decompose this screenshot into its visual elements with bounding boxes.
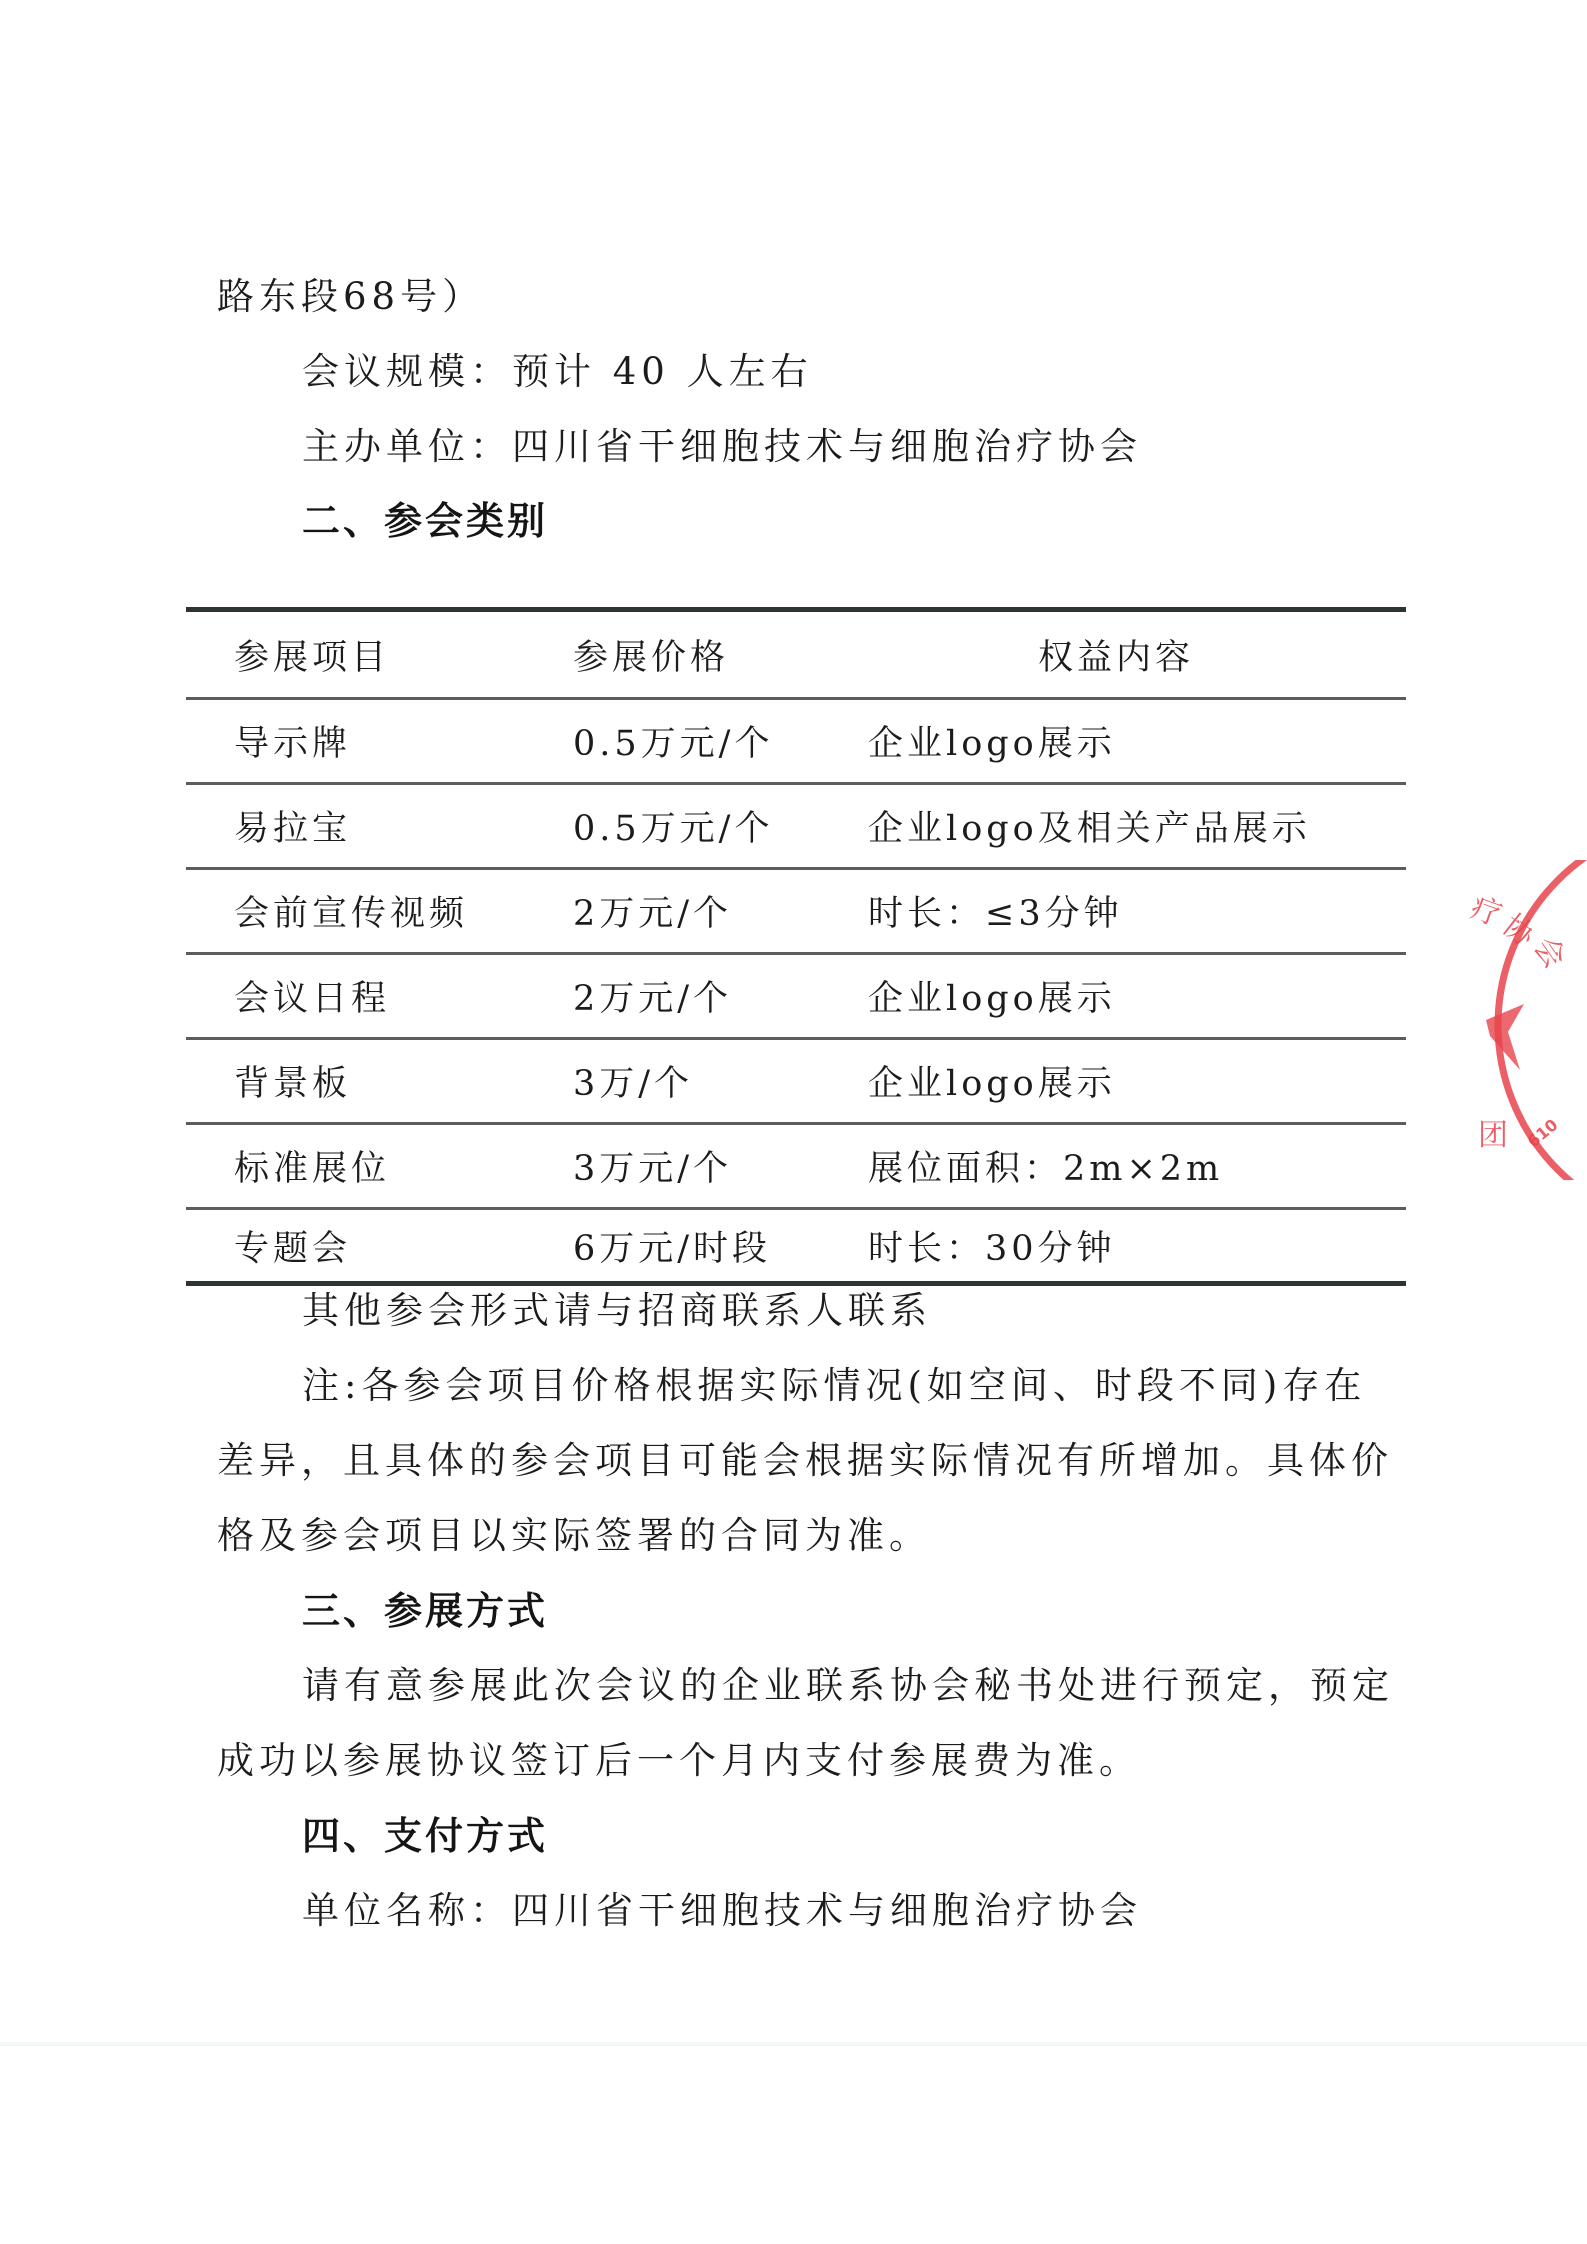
svg-text:会: 会 [1526, 930, 1572, 975]
cell-item: 易拉宝 [234, 801, 351, 851]
cell-price: 3万元/个 [573, 1141, 732, 1191]
organizer: 主办单位：四川省干细胞技术与细胞治疗协会 [302, 428, 1142, 465]
svg-text:团: 团 [1478, 1118, 1508, 1153]
section-3-title: 三、参展方式 [302, 1592, 548, 1630]
note-line-2: 差异，且具体的参会项目可能会根据实际情况有所增加。具体价 [217, 1442, 1393, 1479]
header-benefit: 权益内容 [1038, 630, 1194, 680]
section-3-line-1: 请有意参展此次会议的企业联系协会秘书处进行预定，预定 [302, 1667, 1394, 1704]
cell-benefit: 企业logo展示 [868, 1056, 1116, 1106]
address-continuation: 路东段68号） [217, 278, 484, 315]
table-row: 标准展位 3万元/个 展位面积：2m×2m [186, 1125, 1406, 1207]
table-row: 专题会 6万元/时段 时长：30分钟 [186, 1210, 1406, 1281]
cell-item: 会议日程 [234, 971, 390, 1021]
cell-price: 0.5万元/个 [573, 801, 773, 851]
cell-price: 2万元/个 [573, 886, 732, 936]
header-price: 参展价格 [573, 630, 729, 680]
header-item: 参展项目 [234, 630, 390, 680]
cell-item: 背景板 [234, 1056, 351, 1106]
table-row: 会议日程 2万元/个 企业logo展示 [186, 955, 1406, 1037]
section-4-title: 四、支付方式 [302, 1817, 548, 1855]
cell-benefit: 时长：≤3分钟 [868, 886, 1123, 936]
table-row: 会前宣传视频 2万元/个 时长：≤3分钟 [186, 870, 1406, 952]
scan-artifact-line [0, 2042, 1587, 2046]
cell-benefit: 企业logo展示 [868, 716, 1116, 766]
seal-text: 疗 [1468, 890, 1506, 933]
official-seal-stamp: 疗 协 会 团 610 [1468, 860, 1587, 1180]
section-3-line-2: 成功以参展协议签订后一个月内支付参展费为准。 [217, 1742, 1141, 1779]
payee-name: 单位名称：四川省干细胞技术与细胞治疗协会 [302, 1892, 1142, 1929]
cell-price: 3万/个 [573, 1056, 693, 1106]
other-forms-note: 其他参会形式请与招商联系人联系 [302, 1292, 932, 1329]
document-page: 路东段68号） 会议规模：预计 40 人左右 主办单位：四川省干细胞技术与细胞治… [0, 0, 1587, 2244]
table-row: 易拉宝 0.5万元/个 企业logo及相关产品展示 [186, 785, 1406, 867]
cell-benefit: 时长：30分钟 [868, 1221, 1116, 1271]
section-2-title: 二、参会类别 [302, 502, 548, 540]
meeting-scale: 会议规模：预计 40 人左右 [302, 353, 813, 390]
cell-price: 0.5万元/个 [573, 716, 773, 766]
svg-text:610: 610 [1524, 1115, 1562, 1151]
cell-item: 导示牌 [234, 716, 351, 766]
cell-price: 2万元/个 [573, 971, 732, 1021]
note-line-3: 格及参会项目以实际签署的合同为准。 [217, 1517, 931, 1554]
cell-benefit: 企业logo展示 [868, 971, 1116, 1021]
cell-item: 专题会 [234, 1221, 351, 1271]
cell-benefit: 展位面积：2m×2m [868, 1141, 1223, 1191]
table-row: 导示牌 0.5万元/个 企业logo展示 [186, 700, 1406, 782]
table-bottom-rule [186, 1281, 1406, 1286]
table-header-row: 参展项目 参展价格 权益内容 [186, 612, 1406, 697]
cell-benefit: 企业logo及相关产品展示 [868, 801, 1311, 851]
note-line-1: 注:各参会项目价格根据实际情况(如空间、时段不同)存在 [302, 1367, 1366, 1404]
cell-item: 标准展位 [234, 1141, 390, 1191]
cell-price: 6万元/时段 [573, 1221, 771, 1271]
table-row: 背景板 3万/个 企业logo展示 [186, 1040, 1406, 1122]
cell-item: 会前宣传视频 [234, 886, 468, 936]
exhibition-price-table: 参展项目 参展价格 权益内容 导示牌 0.5万元/个 企业logo展示 易拉宝 … [186, 607, 1406, 1286]
